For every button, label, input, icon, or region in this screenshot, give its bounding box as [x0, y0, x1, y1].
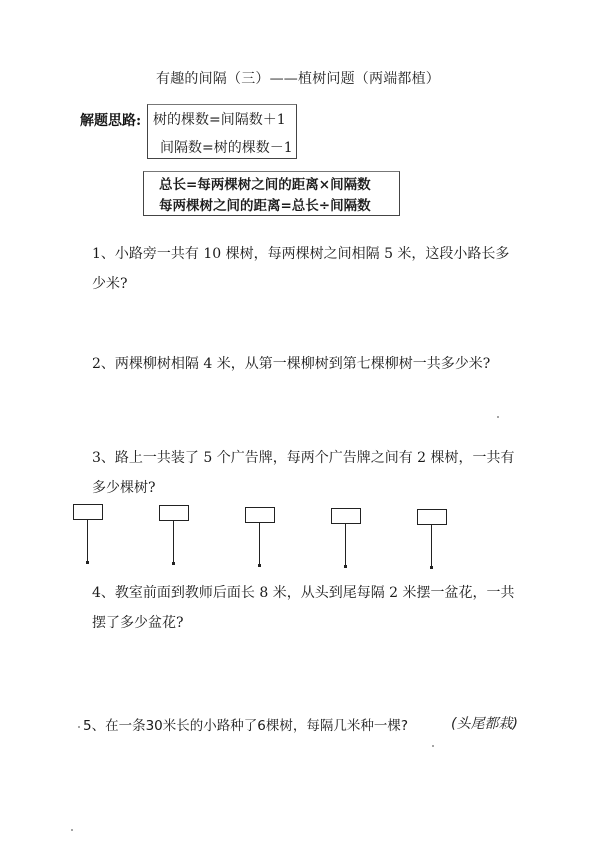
scan-speck	[432, 745, 434, 747]
solution-tips-label: 解题思路:	[80, 110, 141, 130]
scan-speck	[71, 829, 73, 831]
page-title: 有趣的间隔（三）——植树问题（两端都植）	[0, 68, 596, 88]
signpost-icon	[73, 504, 113, 564]
scan-speck	[78, 726, 80, 728]
question-2-line-1: 2、两棵柳树相隔 4 米，从第一棵柳树到第七棵柳树一共多少米?	[92, 353, 490, 373]
formula-box-length-distance: 总长=每两棵树之间的距离×间隔数 每两棵树之间的距离=总长÷间隔数	[143, 171, 400, 216]
signpost-icon	[331, 508, 371, 568]
question-1-line-1: 1、小路旁一共有 10 棵树，每两棵树之间相隔 5 米，这段小路长多	[92, 243, 509, 263]
question-4-line-2: 摆了多少盆花?	[92, 612, 184, 632]
question-3-line-1: 3、路上一共装了 5 个广告牌，每两个广告牌之间有 2 棵树，一共有	[92, 447, 515, 467]
formula-distance: 每两棵树之间的距离=总长÷间隔数	[159, 194, 371, 214]
question-3-line-2: 多少棵树?	[92, 477, 156, 497]
signpost-icon	[159, 505, 199, 565]
formula-box-trees-intervals: 树的棵数=间隔数＋1 间隔数=树的棵数－1	[147, 104, 297, 159]
handwritten-note: (头尾都栽)	[451, 713, 518, 733]
question-1-line-2: 少米?	[92, 273, 128, 293]
formula-intervals-count: 间隔数=树的棵数－1	[160, 137, 293, 157]
scan-speck	[497, 416, 499, 418]
signpost-icon	[417, 509, 457, 569]
formula-trees-count: 树的棵数=间隔数＋1	[153, 109, 286, 129]
question-5-line-1: 5、在一条30米长的小路种了6棵树，每隔几米种一棵?	[83, 714, 408, 734]
signpost-icon	[245, 507, 285, 567]
formula-total-length: 总长=每两棵树之间的距离×间隔数	[159, 173, 371, 193]
question-4-line-1: 4、教室前面到教师后面长 8 米，从头到尾每隔 2 米摆一盆花，一共	[92, 582, 515, 602]
